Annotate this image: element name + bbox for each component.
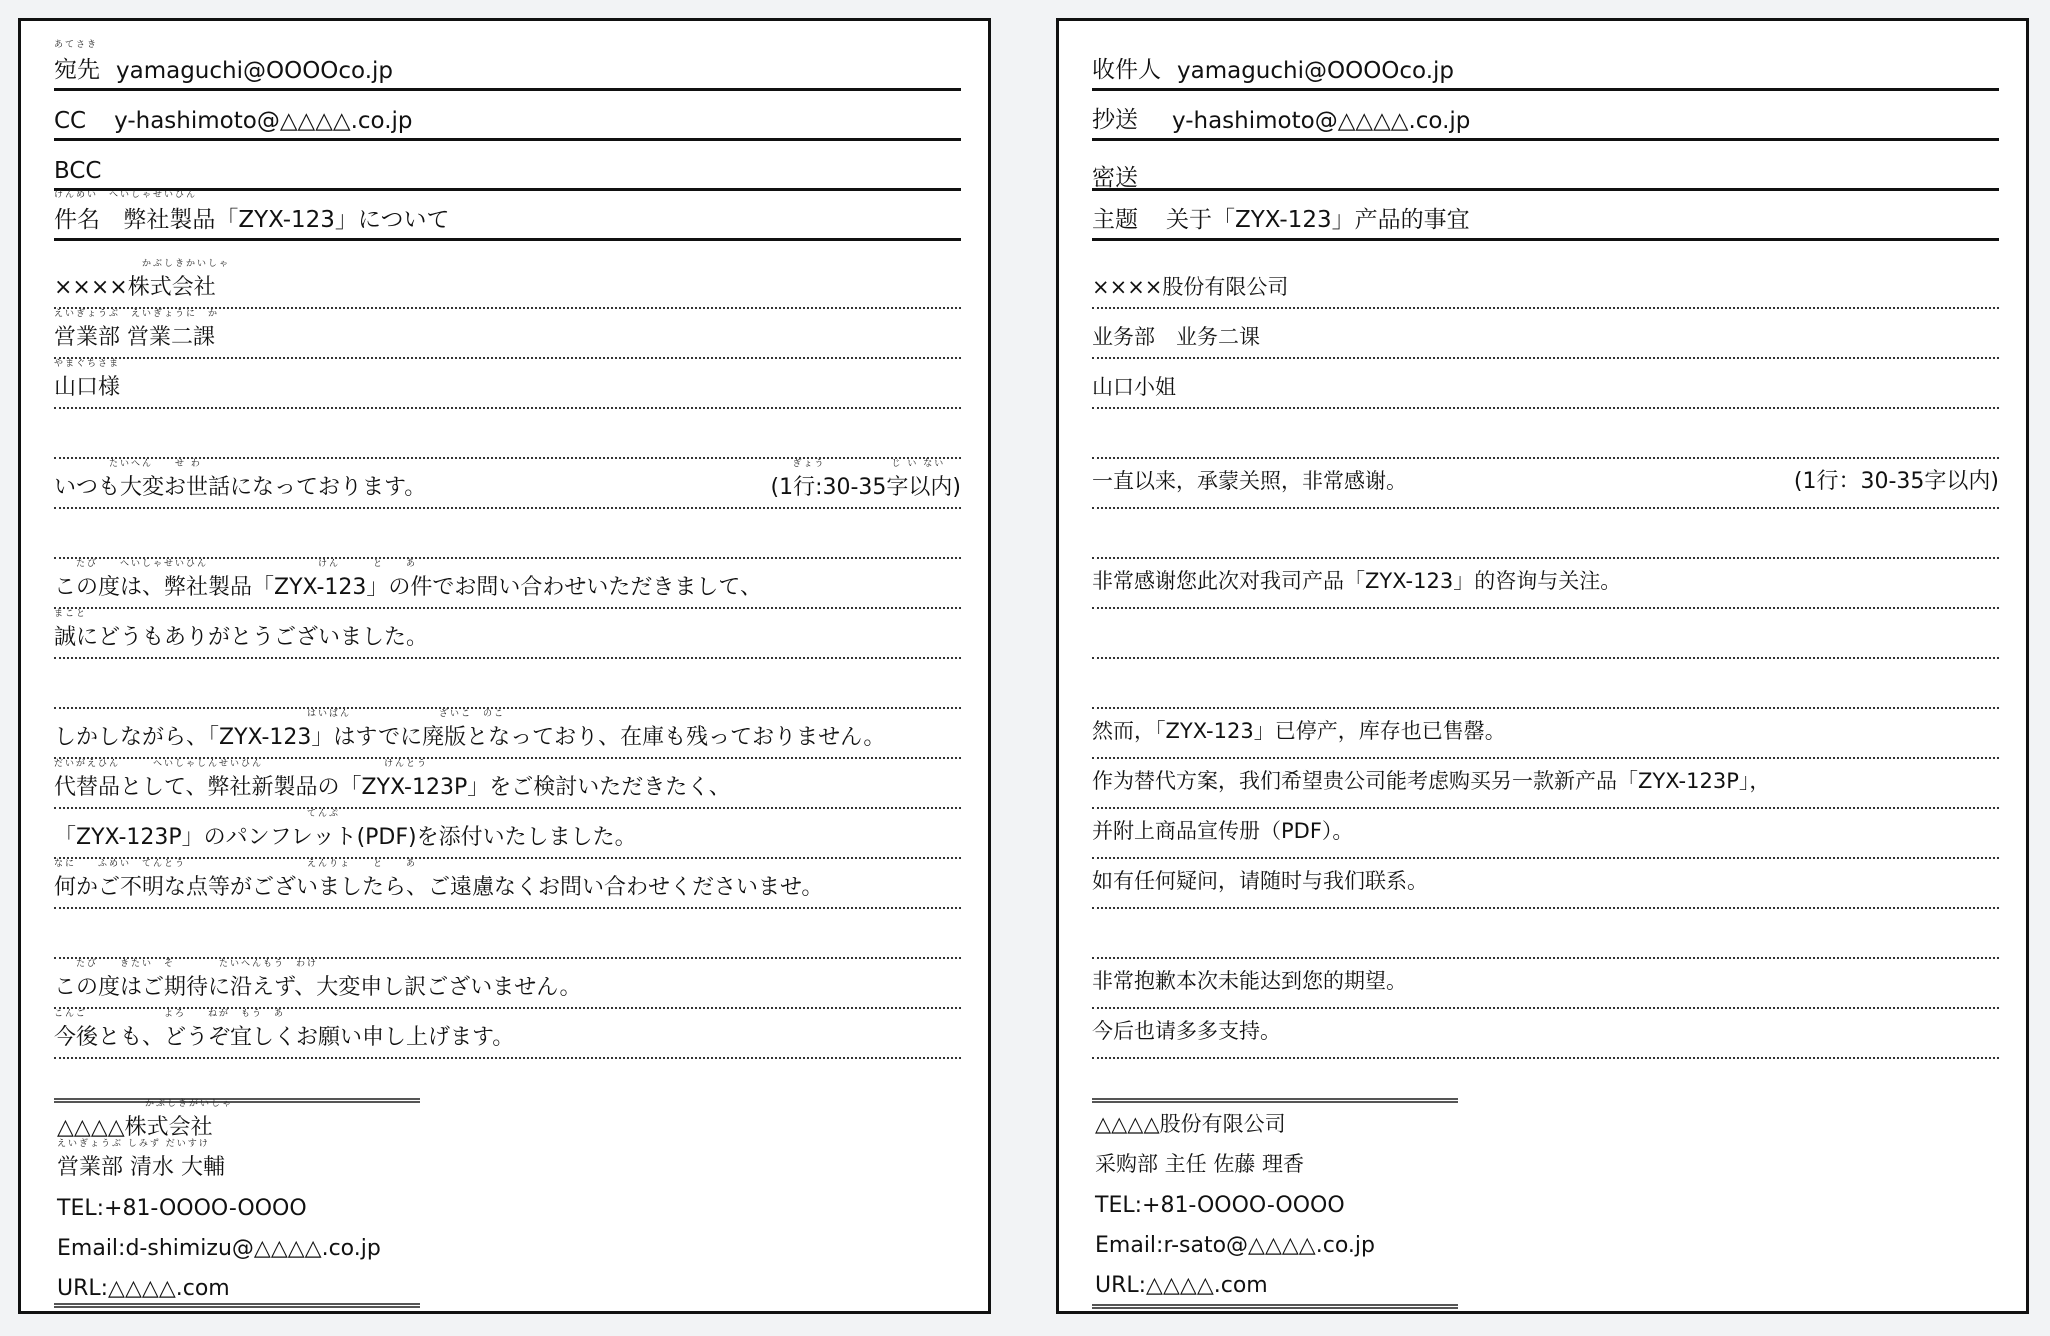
body-line: はいばん ざいこ のこしかしながら、「ZYX-123」はすでに廃版となっており、… bbox=[54, 709, 961, 759]
body-line: こんご よろ ねが もう あ今後とも、どうぞ宜しくお願い申し上げます。 bbox=[54, 1009, 961, 1059]
bcc-field: 密送 bbox=[1092, 149, 1999, 191]
furigana: ぎょう じ い ない bbox=[792, 456, 945, 469]
to-field: 收件人 yamaguchi@OOOOco.jp bbox=[1092, 49, 1999, 91]
body-line: 业务部 业务二课 bbox=[1092, 309, 1999, 359]
closing: 今后也请多多支持。 bbox=[1092, 1015, 1281, 1045]
body-text: 非常抱歉本次未能达到您的期望。 bbox=[1092, 965, 1407, 995]
furigana: かぶしきがいしゃ bbox=[57, 1096, 233, 1109]
bcc-field: BCC bbox=[54, 149, 961, 191]
recipient-name: 山口小姐 bbox=[1092, 371, 1176, 401]
signature-tel: TEL:+81-OOOO-OOOO bbox=[57, 1196, 307, 1221]
greeting: 一直以来，承蒙关照，非常感谢。 bbox=[1092, 465, 1407, 495]
furigana: たび へいしゃせいひん けん と あ bbox=[54, 556, 417, 569]
furigana: けんめい へいしゃせいひん bbox=[54, 187, 197, 200]
recipient-department: 业务部 业务二课 bbox=[1092, 321, 1260, 351]
signature-company: △△△△股份有限公司 bbox=[1095, 1108, 1286, 1138]
recipient-company: ××××股份有限公司 bbox=[1092, 271, 1288, 301]
body-text: 并附上商品宣传册（PDF）。 bbox=[1092, 815, 1353, 845]
body-line-blank bbox=[54, 659, 961, 709]
recipient-department: 営業部 営業二課 bbox=[54, 325, 215, 350]
body-line: なに ふめい てんとう えんりょ と あ何かご不明な点等がございましたら、ご遠慮… bbox=[54, 859, 961, 909]
to-label: 收件人 bbox=[1092, 51, 1161, 84]
recipient-company: ××××株式会社 bbox=[54, 275, 216, 300]
recipient-name: 山口様 bbox=[54, 375, 120, 400]
signature-tel: TEL:+81-OOOO-OOOO bbox=[1095, 1193, 1345, 1218]
chinese-email-template: 收件人 yamaguchi@OOOOco.jp 抄送 y-hashimoto@△… bbox=[1056, 18, 2029, 1314]
body-line: たび きたい そ たいへんもう わけこの度はご期待に沿えず、大変申し訳ございませ… bbox=[54, 959, 961, 1009]
body-text: 何かご不明な点等がございましたら、ご遠慮なくお問い合わせくださいませ。 bbox=[54, 875, 823, 900]
body-line-blank bbox=[1092, 659, 1999, 709]
body-text: 代替品として、弊社新製品の「ZYX-123P」をご検討いただきたく、 bbox=[54, 775, 731, 800]
body-line-blank bbox=[54, 409, 961, 459]
signature-email: Email:r-sato@△△△△.co.jp bbox=[1095, 1233, 1375, 1258]
subject-field: けんめい へいしゃせいひん 件名 弊社製品「ZYX-123」について bbox=[54, 199, 961, 241]
to-field: あてさき 宛先 yamaguchi@OOOOco.jp bbox=[54, 49, 961, 91]
body-text: しかしながら、「ZYX-123」はすでに廃版となっており、在庫も残っておりません… bbox=[54, 725, 885, 750]
signature-person: 営業部 清水 大輔 bbox=[57, 1155, 225, 1180]
subject-label: 件名 bbox=[54, 201, 100, 234]
body-line: たび へいしゃせいひん けん と あこの度は、弊社製品「ZYX-123」の件でお… bbox=[54, 559, 961, 609]
body-line: 非常感谢您此次对我司产品「ZYX-123」的咨询与关注。 bbox=[1092, 559, 1999, 609]
cc-field: 抄送 y-hashimoto@△△△△.co.jp bbox=[1092, 99, 1999, 141]
body-text: 然而，「ZYX-123」已停产，库存也已售罄。 bbox=[1092, 715, 1506, 745]
line-length-note: (1行：30-35字以内) bbox=[1794, 464, 1999, 495]
body-line: かぶしきかいしゃ××××株式会社 bbox=[54, 259, 961, 309]
subject-label: 主题 bbox=[1092, 201, 1138, 234]
greeting: いつも大変お世話になっております。 bbox=[54, 475, 426, 500]
body-line: まこと誠にどうもありがとうございました。 bbox=[54, 609, 961, 659]
furigana: かぶしきかいしゃ bbox=[54, 256, 230, 269]
furigana: まこと bbox=[54, 606, 87, 619]
body-line-blank bbox=[54, 509, 961, 559]
furigana: なに ふめい てんとう えんりょ と あ bbox=[54, 856, 417, 869]
cc-label: CC bbox=[54, 108, 86, 134]
furigana: たいへん せ わ bbox=[54, 456, 202, 469]
body-line: てんぷ「ZYX-123P」のパンフレット(PDF)を添付いたしました。 bbox=[54, 809, 961, 859]
body-line: 并附上商品宣传册（PDF）。 bbox=[1092, 809, 1999, 859]
body-line: 山口小姐 bbox=[1092, 359, 1999, 409]
cc-value: y-hashimoto@△△△△.co.jp bbox=[1172, 108, 1470, 134]
furigana: やまぐちさま bbox=[54, 356, 120, 369]
to-label: 宛先 bbox=[54, 57, 100, 83]
subject-field: 主题 关于「ZYX-123」产品的事宜 bbox=[1092, 199, 1999, 241]
cc-value: y-hashimoto@△△△△.co.jp bbox=[114, 108, 412, 134]
signature-url: URL:△△△△.com bbox=[57, 1276, 230, 1301]
furigana: たび きたい そ たいへんもう わけ bbox=[54, 956, 318, 969]
body-line: 一直以来，承蒙关照，非常感谢。 (1行：30-35字以内) bbox=[1092, 459, 1999, 509]
body-line-blank bbox=[1092, 609, 1999, 659]
japanese-email-template: あてさき 宛先 yamaguchi@OOOOco.jp CC y-hashimo… bbox=[18, 18, 991, 1314]
closing: 今後とも、どうぞ宜しくお願い申し上げます。 bbox=[54, 1025, 514, 1050]
body-text: この度は、弊社製品「ZYX-123」の件でお問い合わせいただきまして、 bbox=[54, 575, 762, 600]
body-line-blank bbox=[54, 909, 961, 959]
signature-block: かぶしきがいしゃ△△△△株式会社 えいぎょうぶ しみず だいすけ営業部 清水 大… bbox=[54, 1098, 420, 1308]
body-text: 作为替代方案，我们希望贵公司能考虑购买另一款新产品「ZYX-123P」， bbox=[1092, 765, 1770, 795]
furigana: あてさき bbox=[54, 37, 98, 50]
cc-field: CC y-hashimoto@△△△△.co.jp bbox=[54, 99, 961, 141]
body-line: たいへん せ わいつも大変お世話になっております。 ぎょう じ い ない(1行:… bbox=[54, 459, 961, 509]
body-line: 非常抱歉本次未能达到您的期望。 bbox=[1092, 959, 1999, 1009]
body-line: えいぎょうぶ えいぎょうに か営業部 営業二課 bbox=[54, 309, 961, 359]
body-line: 如有任何疑问，请随时与我们联系。 bbox=[1092, 859, 1999, 909]
body-text: 非常感谢您此次对我司产品「ZYX-123」的咨询与关注。 bbox=[1092, 565, 1621, 595]
body-text: 誠にどうもありがとうございました。 bbox=[54, 625, 428, 650]
subject-value: 弊社製品「ZYX-123」について bbox=[123, 207, 449, 233]
body-line-blank bbox=[1092, 409, 1999, 459]
furigana: えいぎょうぶ えいぎょうに か bbox=[54, 306, 219, 319]
bcc-label: BCC bbox=[54, 158, 102, 184]
body-line: 作为替代方案，我们希望贵公司能考虑购买另一款新产品「ZYX-123P」， bbox=[1092, 759, 1999, 809]
furigana: てんぷ bbox=[54, 806, 340, 819]
bcc-label: 密送 bbox=[1092, 159, 1138, 192]
to-value: yamaguchi@OOOOco.jp bbox=[116, 58, 393, 84]
signature-url: URL:△△△△.com bbox=[1095, 1273, 1268, 1298]
body-line: 今后也请多多支持。 bbox=[1092, 1009, 1999, 1059]
signature-block: △△△△股份有限公司 采购部 主任 佐藤 理香 TEL:+81-OOOO-OOO… bbox=[1092, 1098, 1458, 1309]
body-line-blank bbox=[1092, 909, 1999, 959]
signature-divider bbox=[1092, 1304, 1458, 1309]
body-text: この度はご期待に沿えず、大変申し訳ございません。 bbox=[54, 975, 582, 1000]
body-line: だいがえひん へいしゃしんせいひん けんとう代替品として、弊社新製品の「ZYX-… bbox=[54, 759, 961, 809]
body-line-blank bbox=[1092, 509, 1999, 559]
line-length-note: (1行:30-35字以内) bbox=[770, 475, 961, 500]
signature-person: 采购部 主任 佐藤 理香 bbox=[1095, 1148, 1304, 1178]
subject-value: 关于「ZYX-123」产品的事宜 bbox=[1166, 201, 1470, 234]
to-value: yamaguchi@OOOOco.jp bbox=[1177, 58, 1454, 84]
cc-label: 抄送 bbox=[1092, 101, 1138, 134]
body-text: 「ZYX-123P」のパンフレット(PDF)を添付いたしました。 bbox=[54, 825, 637, 850]
signature-email: Email:d-shimizu@△△△△.co.jp bbox=[57, 1236, 381, 1261]
body-line: 然而，「ZYX-123」已停产，库存也已售罄。 bbox=[1092, 709, 1999, 759]
furigana: だいがえひん へいしゃしんせいひん けんとう bbox=[54, 756, 428, 769]
furigana: えいぎょうぶ しみず だいすけ bbox=[57, 1136, 210, 1149]
signature-divider bbox=[54, 1303, 420, 1308]
body-line: ××××股份有限公司 bbox=[1092, 259, 1999, 309]
furigana: はいばん ざいこ のこ bbox=[54, 706, 505, 719]
furigana: こんご よろ ねが もう あ bbox=[54, 1006, 285, 1019]
body-line: やまぐちさま山口様 bbox=[54, 359, 961, 409]
body-text: 如有任何疑问，请随时与我们联系。 bbox=[1092, 865, 1428, 895]
